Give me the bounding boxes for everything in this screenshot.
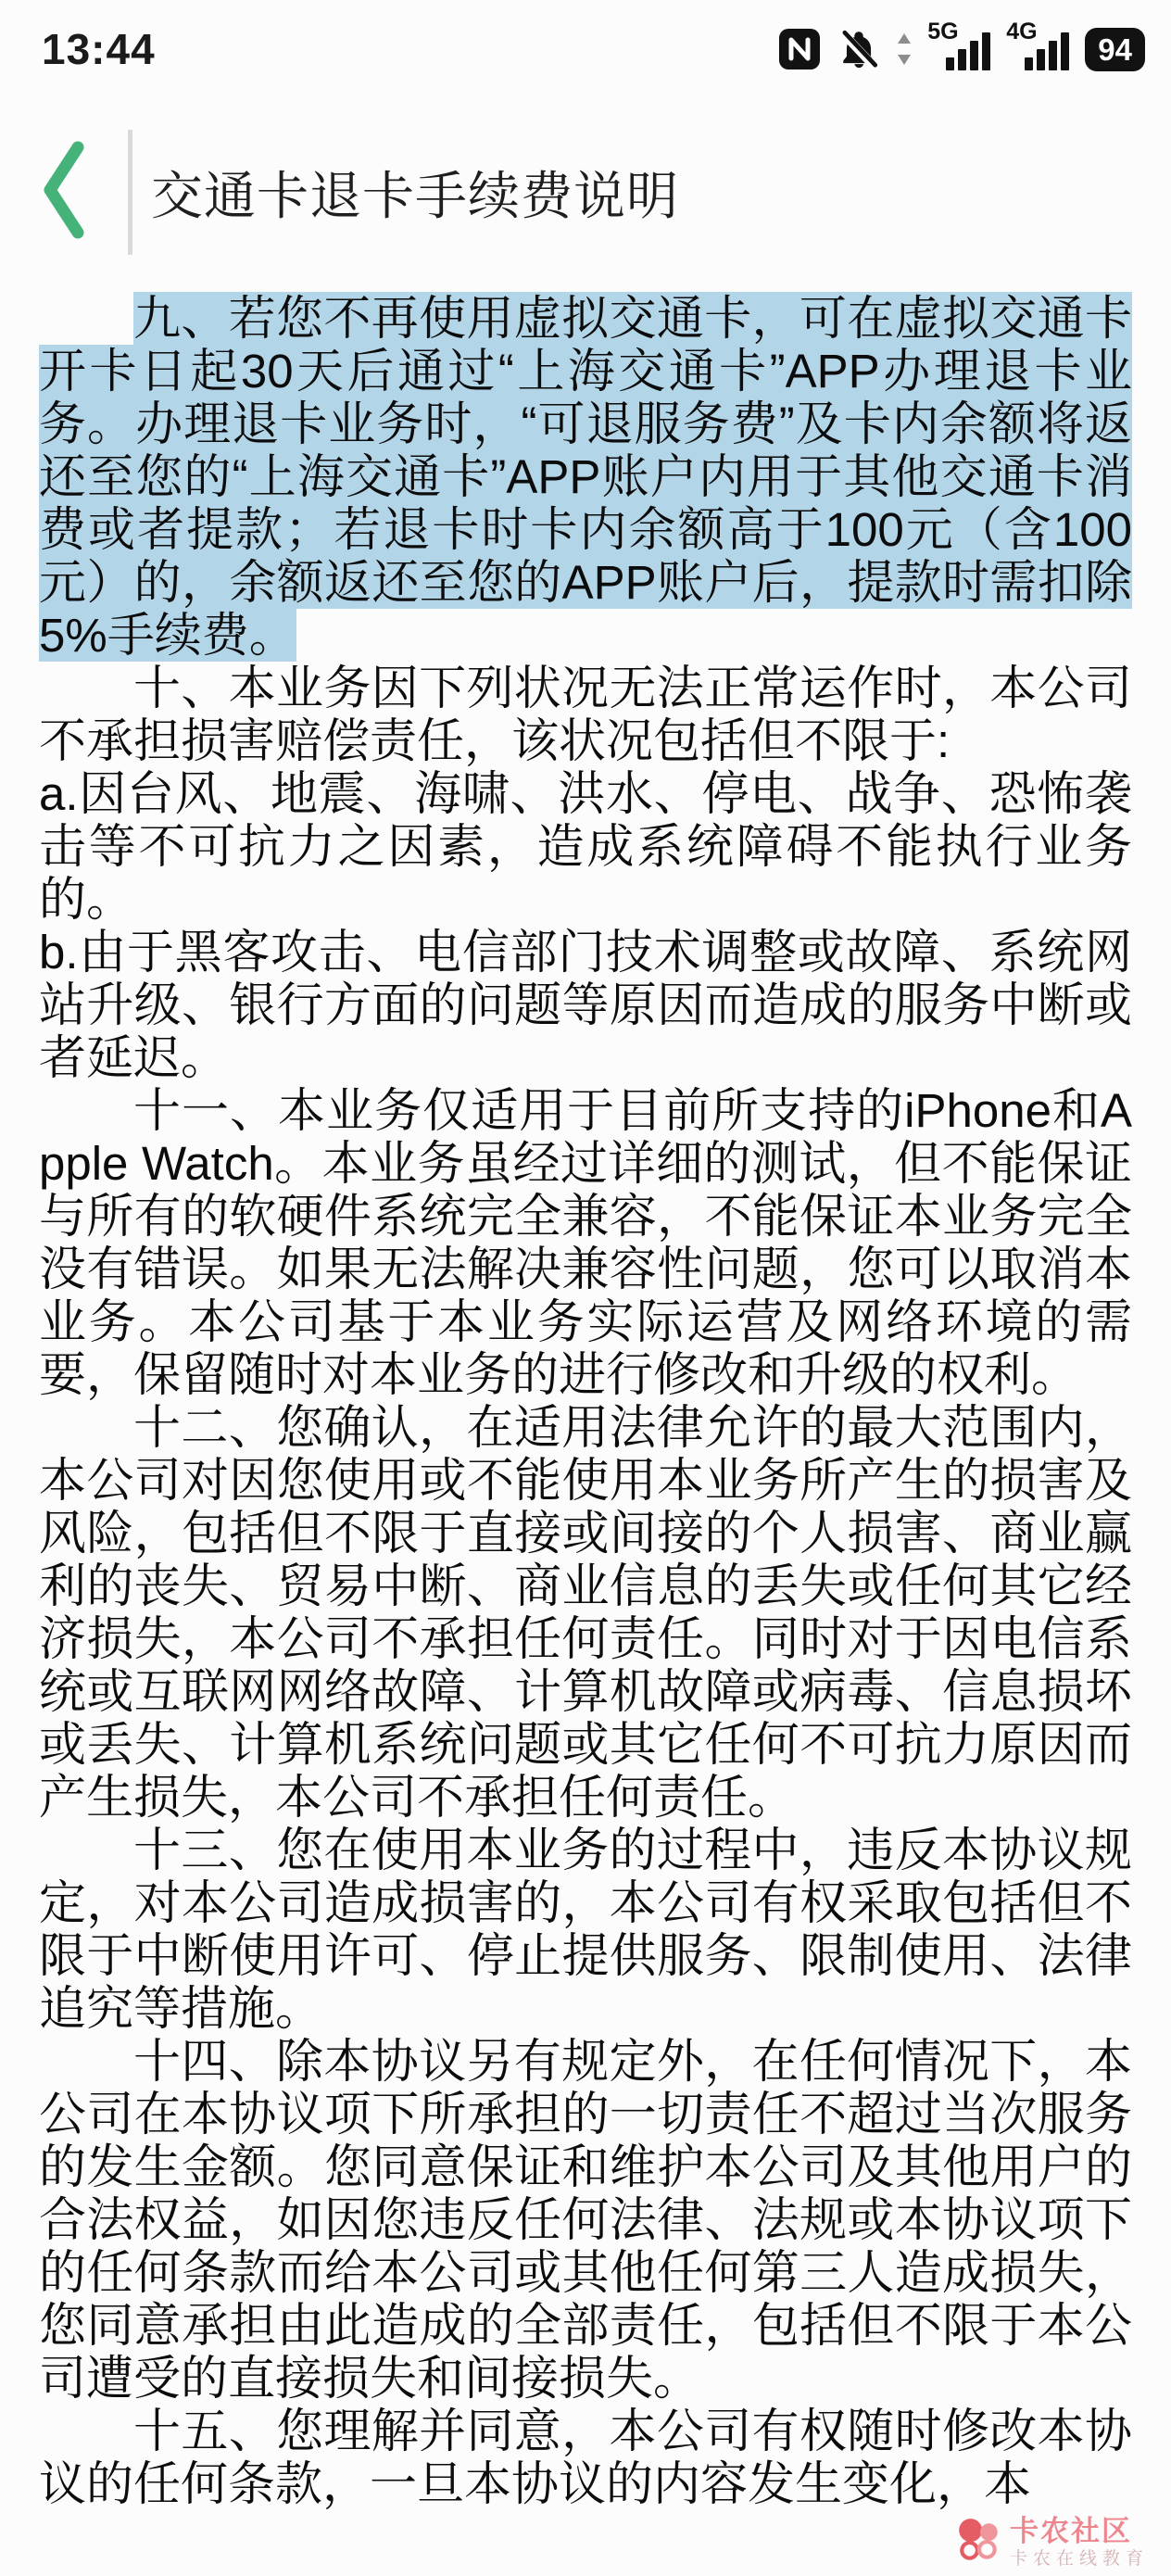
clause-14: 十四、除本协议另有规定外，在任何情况下，本公司在本协议项下所承担的一切责任不超过…	[39, 2035, 1132, 2405]
watermark-title: 卡农社区	[1010, 2516, 1149, 2547]
nfc-icon	[778, 28, 821, 70]
clause-12: 十二、您确认，在适用法律允许的最大范围内，本公司对因您使用或不能使用本业务所产生…	[39, 1401, 1132, 1824]
clause-10b: b.由于黑客攻击、电信部门技术调整或故障、系统网站升级、银行方面的问题等原因而造…	[39, 926, 1132, 1084]
clause-13: 十三、您在使用本业务的过程中，违反本协议规定，对本公司造成损害的，本公司有权采取…	[39, 1824, 1132, 2035]
signal-4g-icon: 4G	[1006, 23, 1069, 75]
mute-bell-icon	[837, 27, 881, 71]
data-activity-arrows-icon	[897, 30, 912, 69]
page-header: 交通卡退卡手续费说明	[0, 93, 1171, 292]
watermark: 卡农社区 卡农在线教育	[954, 2516, 1149, 2570]
clause-11: 十一、本业务仅适用于目前所支持的iPhone和Apple Watch。本业务虽经…	[39, 1084, 1132, 1401]
clause-15: 十五、您理解并同意，本公司有权随时修改本协议的任何条款，一旦本协议的内容发生变化…	[39, 2405, 1132, 2510]
document-body[interactable]: 九、若您不再使用虚拟交通卡，可在虚拟交通卡开卡日起30天后通过“上海交通卡”AP…	[0, 292, 1171, 2510]
page-title: 交通卡退卡手续费说明	[151, 156, 679, 230]
watermark-subtitle: 卡农在线教育	[1010, 2550, 1149, 2568]
clause-9: 九、若您不再使用虚拟交通卡，可在虚拟交通卡开卡日起30天后通过“上海交通卡”AP…	[39, 292, 1132, 662]
header-divider	[128, 130, 132, 255]
chevron-left-icon	[39, 138, 87, 246]
watermark-logo-icon	[954, 2516, 1004, 2570]
signal-5g-icon: 5G	[927, 23, 990, 75]
battery-indicator: 94	[1085, 28, 1145, 71]
status-time: 13:44	[42, 24, 156, 74]
status-bar: 13:44 5G	[0, 0, 1171, 93]
selection-highlight[interactable]: 九、若您不再使用虚拟交通卡，可在虚拟交通卡开卡日起30天后通过“上海交通卡”AP…	[39, 292, 1132, 662]
back-button[interactable]	[39, 138, 87, 246]
status-icons: 5G 4G 94	[778, 23, 1145, 75]
clause-10a: a.因台风、地震、海啸、洪水、停电、战争、恐怖袭击等不可抗力之因素，造成系统障碍…	[39, 767, 1132, 926]
clause-10: 十、本业务因下列状况无法正常运作时，本公司不承担损害赔偿责任，该状况包括但不限于…	[39, 662, 1132, 767]
